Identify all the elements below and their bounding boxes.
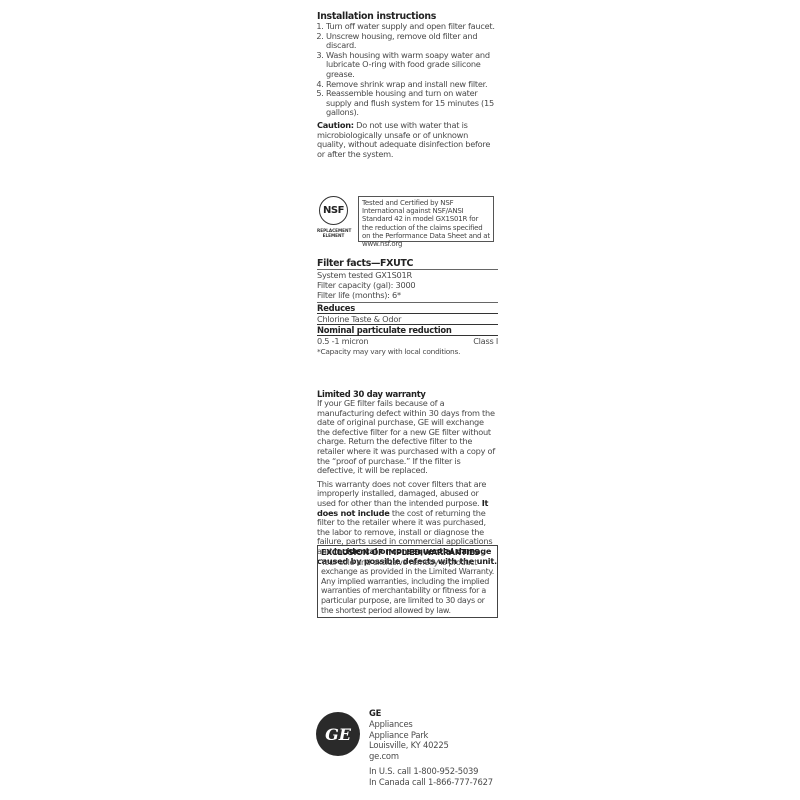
canada-phone: In Canada call 1-866-777-7627 (369, 777, 493, 788)
reduces-value: Chlorine Taste & Odor (317, 314, 498, 324)
warranty-section: Limited 30 day warranty If your GE filte… (317, 389, 498, 566)
nsf-logo-subtitle: REPLACEMENT ELEMENT (317, 228, 350, 238)
company-info: GE GE Appliances Appliance Park Louisvil… (312, 700, 512, 800)
installation-section: Installation instructions Turn off water… (317, 11, 498, 159)
warranty-para-1: If your GE filter fails because of a man… (317, 399, 498, 476)
company-address: GE Appliances Appliance Park Louisville,… (369, 708, 493, 788)
company-city: Louisville, KY 40225 (369, 740, 493, 751)
reduces-value-text: Chlorine Taste & Odor (317, 314, 401, 324)
filter-capacity: Filter capacity (gal): 3000 (317, 280, 498, 290)
us-phone: In U.S. call 1-800-952-5039 (369, 766, 493, 777)
filter-facts-title: Filter facts—FXUTC (317, 258, 498, 269)
nsf-logo: NSF REPLACEMENT ELEMENT (317, 196, 351, 238)
exclusion-label: EXCLUSION OF IMPLIED WARRANTIES (321, 548, 480, 557)
filter-life: Filter life (months): 6* (317, 290, 498, 300)
particulate-class: Class I (473, 336, 498, 346)
company-name: GE (369, 708, 493, 719)
particulate-label: Nominal particulate reduction (317, 325, 498, 335)
capacity-footnote: *Capacity may vary with local conditions… (317, 347, 498, 357)
system-tested: System tested GX1S01R (317, 270, 498, 280)
warranty-text: This warranty does not cover filters tha… (317, 479, 486, 508)
installation-steps: Turn off water supply and open filter fa… (317, 22, 498, 118)
filter-capacity-text: Filter capacity (gal): 3000 (317, 280, 415, 290)
exclusion-text: – Your sole and exclusive remedy is prod… (321, 548, 494, 615)
nsf-mark-icon: NSF (319, 196, 348, 225)
step: Wash housing with warm soapy water and l… (326, 51, 498, 80)
filter-life-text: Filter life (months): 6* (317, 290, 401, 300)
step: Reassemble housing and turn on water sup… (326, 89, 498, 118)
company-website[interactable]: ge.com (369, 751, 493, 762)
reduces-label: Reduces (317, 303, 498, 313)
company-division: Appliances (369, 719, 493, 730)
caution-note: Caution: Do not use with water that is m… (317, 121, 498, 159)
company-street: Appliance Park (369, 730, 493, 741)
step: Unscrew housing, remove old filter and d… (326, 32, 498, 51)
particulate-row: 0.5 -1 micron Class I (317, 336, 498, 346)
nsf-certification: NSF REPLACEMENT ELEMENT Tested and Certi… (317, 196, 498, 246)
ge-logo-text: GE (325, 725, 351, 744)
nsf-certification-text: Tested and Certified by NSF Internationa… (358, 196, 494, 242)
ge-logo-icon: GE (316, 712, 360, 756)
caution-label: Caution: (317, 120, 354, 130)
exclusion-box: EXCLUSION OF IMPLIED WARRANTIES – Your s… (317, 545, 498, 618)
system-tested-text: System tested GX1S01R (317, 270, 412, 280)
particulate-value: 0.5 -1 micron (317, 336, 368, 346)
filter-facts: Filter facts—FXUTC System tested GX1S01R… (317, 258, 498, 357)
